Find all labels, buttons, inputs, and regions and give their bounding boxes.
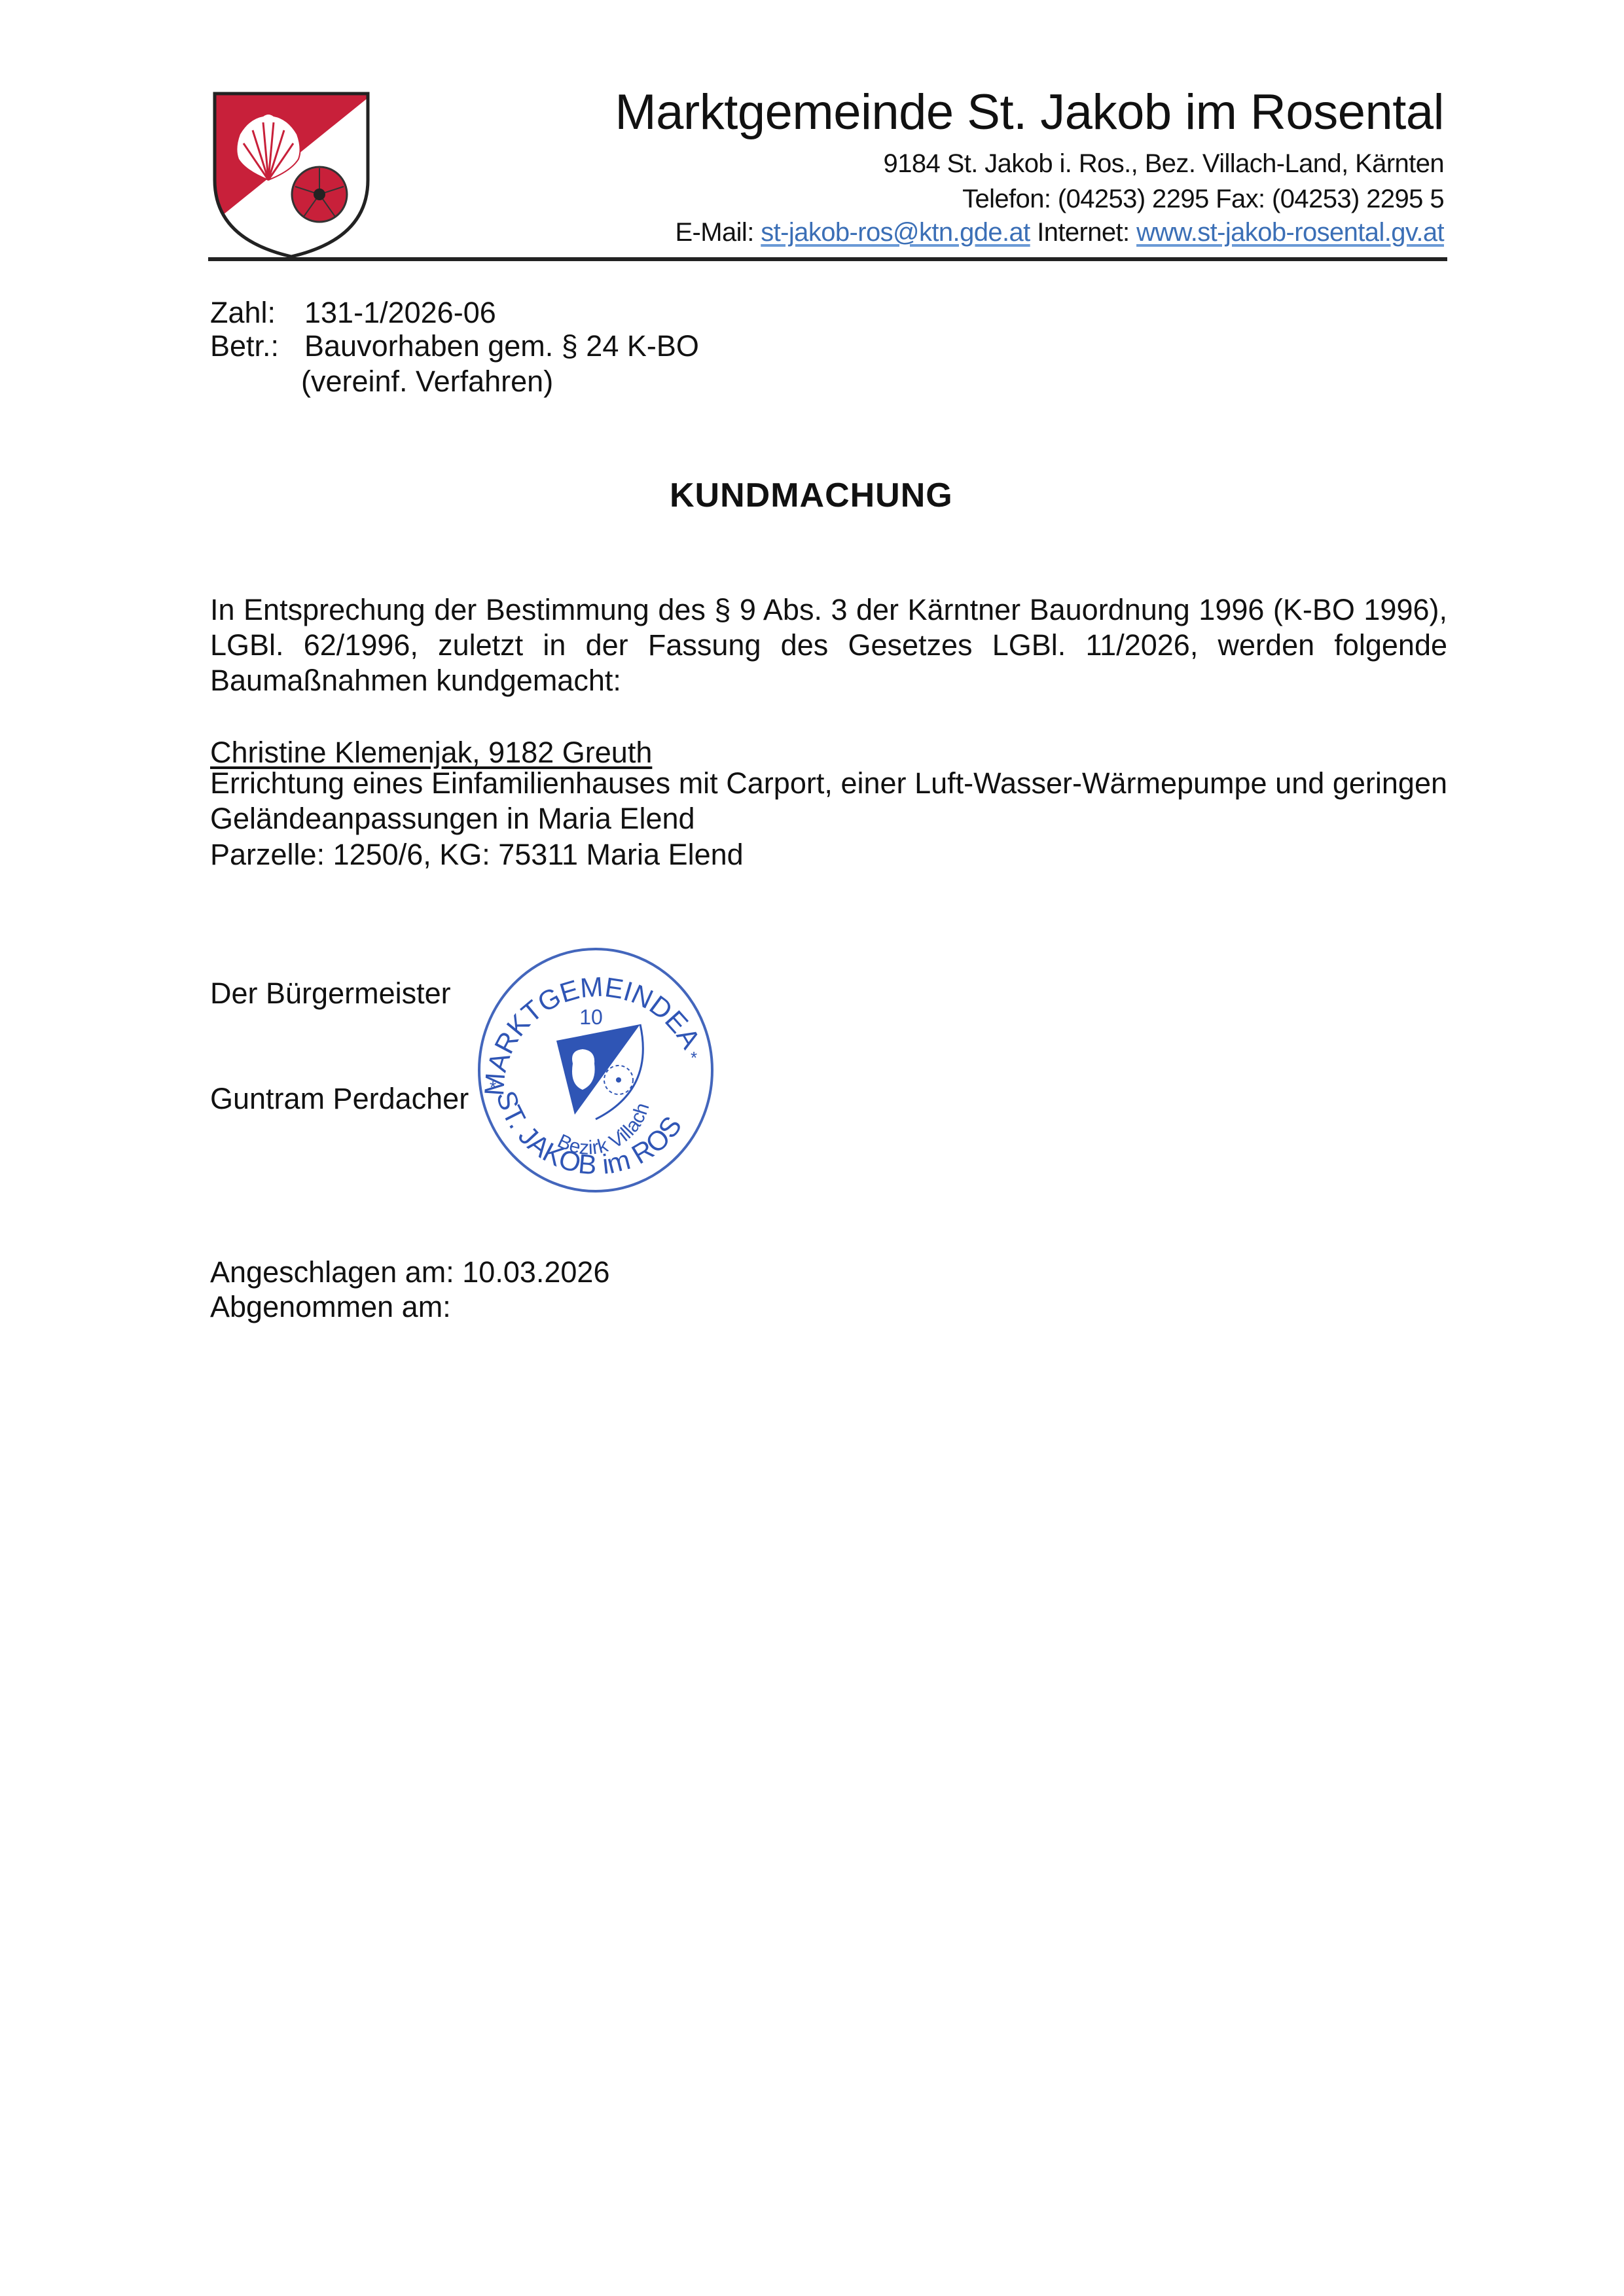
email-label: E-Mail:: [675, 218, 753, 247]
official-seal-icon: MARKTGEMEINDEAMT ST. JAKOB im ROSENTAL B…: [458, 933, 733, 1208]
email-link[interactable]: st-jakob-ros@ktn.gde.at: [761, 218, 1030, 247]
parcel-info: Parzelle: 1250/6, KG: 75311 Maria Elend: [210, 838, 744, 872]
posted-date-line: Angeschlagen am: 10.03.2026: [210, 1255, 610, 1289]
subject-line-2: (vereinf. Verfahren): [301, 365, 553, 399]
signatory-name: Guntram Perdacher: [210, 1082, 469, 1116]
website-link[interactable]: www.st-jakob-rosental.gv.at: [1136, 218, 1444, 247]
organization-address: 9184 St. Jakob i. Ros., Bez. Villach-Lan…: [884, 149, 1444, 179]
reference-number: 131-1/2026-06: [304, 296, 496, 330]
removed-label: Abgenommen am:: [210, 1290, 451, 1323]
subject-label: Betr.:: [210, 329, 279, 363]
stamp-number: 10: [579, 1005, 603, 1029]
reference-number-label: Zahl:: [210, 296, 276, 330]
internet-label: Internet:: [1037, 218, 1129, 247]
removed-date-line: Abgenommen am:: [210, 1290, 451, 1324]
posted-date: 10.03.2026: [462, 1255, 609, 1289]
organization-name: Marktgemeinde St. Jakob im Rosental: [615, 84, 1444, 141]
applicant: Christine Klemenjak, 9182 Greuth: [210, 736, 652, 770]
header-divider: [208, 257, 1447, 261]
svg-text:*: *: [490, 1077, 496, 1097]
rose-icon: [292, 167, 347, 222]
phone-fax-line: Telefon: (04253) 2295 Fax: (04253) 2295 …: [962, 185, 1444, 214]
project-description: Errichtung eines Einfamilienhauses mit C…: [210, 766, 1447, 836]
signatory-role: Der Bürgermeister: [210, 977, 451, 1011]
coat-of-arms-icon: [209, 88, 373, 262]
document-title: KUNDMACHUNG: [670, 476, 953, 515]
posted-label: Angeschlagen am:: [210, 1255, 454, 1289]
svg-text:*: *: [691, 1048, 697, 1067]
contact-line: E-Mail: st-jakob-ros@ktn.gde.at Internet…: [675, 218, 1444, 247]
intro-paragraph: In Entsprechung der Bestimmung des § 9 A…: [210, 592, 1447, 698]
subject-line-1: Bauvorhaben gem. § 24 K-BO: [304, 329, 699, 363]
stamp-shield-icon: [556, 1024, 643, 1119]
